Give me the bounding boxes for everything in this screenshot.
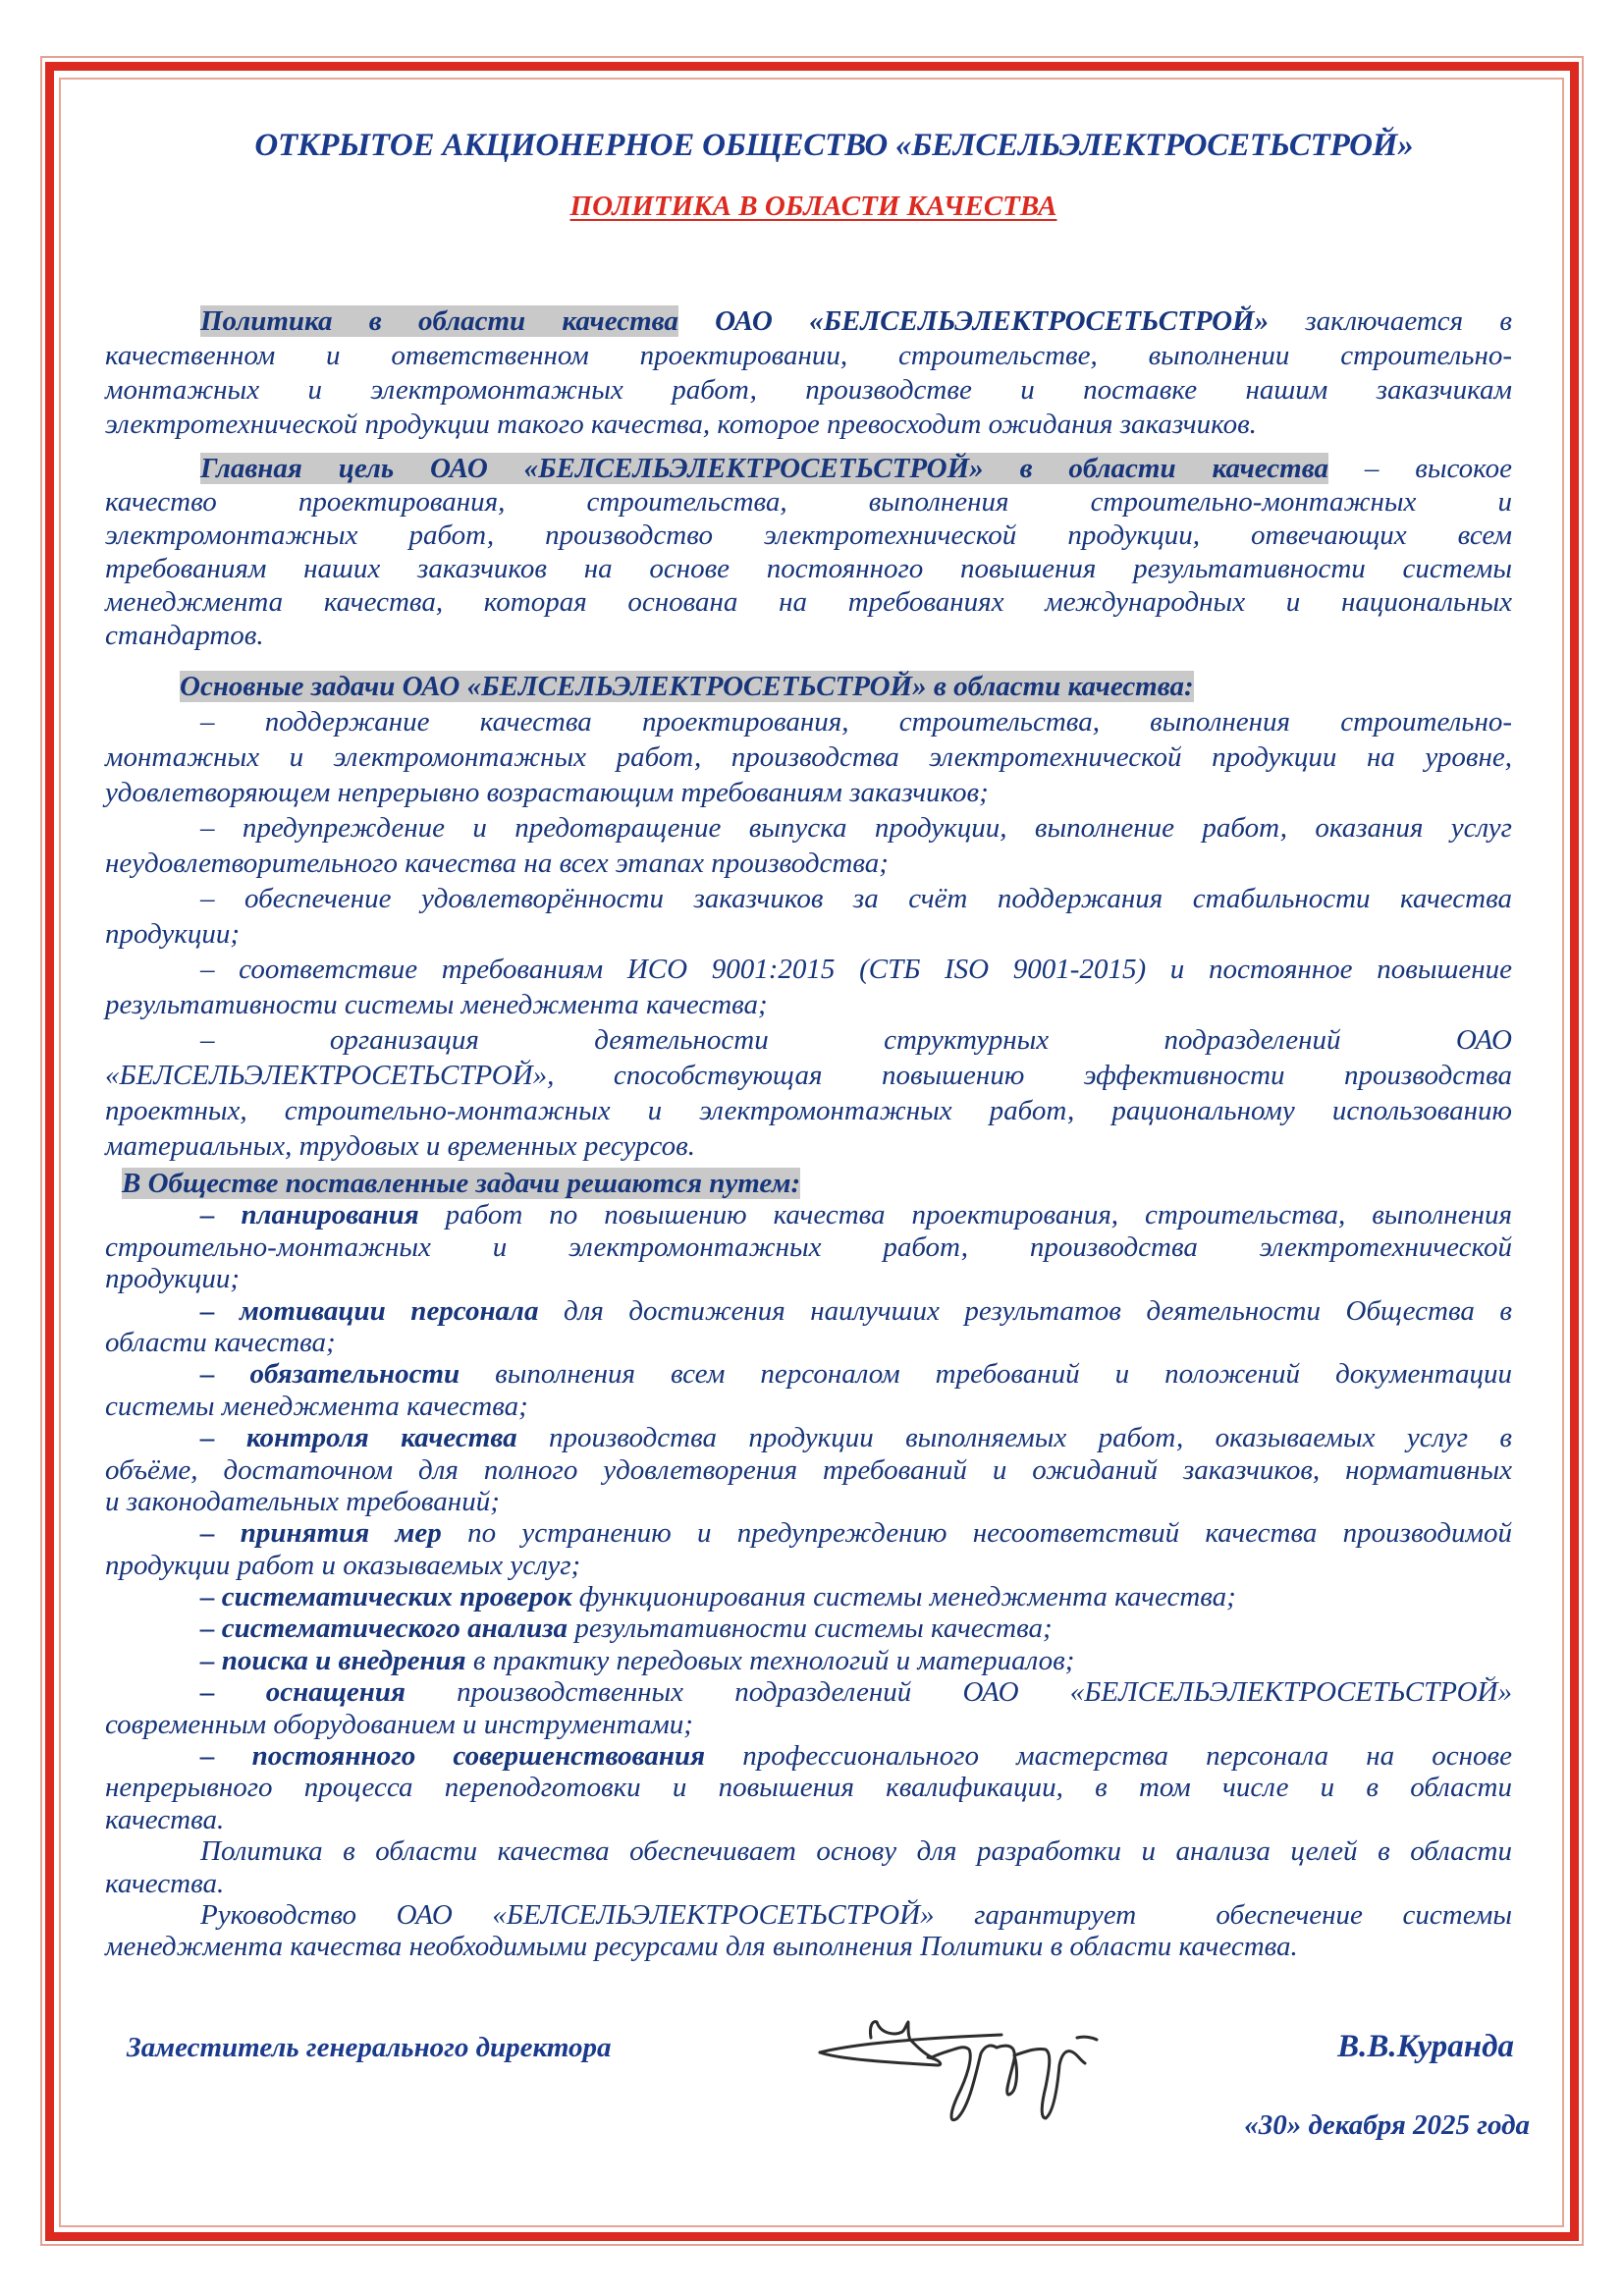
body-text: объёме, достаточном для полного удовлетв… [105, 1454, 1512, 1486]
body-text: Руководство ОАО «БЕЛСЕЛЬЭЛЕКТРОСЕТЬСТРОЙ… [200, 1899, 1512, 1931]
body-text: – поддержание качества проектирования, с… [200, 706, 1512, 738]
policy-heading-text: ПОЛИТИКА В ОБЛАСТИ КАЧЕСТВА [570, 191, 1057, 222]
body-text: качественном и ответственном проектирова… [105, 340, 1512, 371]
text-line: монтажных и электромонтажных работ, прои… [105, 739, 1512, 775]
text-line: и законодательных требований; [105, 1486, 1512, 1517]
bold-text: ОАО «БЕЛСЕЛЬЭЛЕКТРОСЕТЬСТРОЙ» [678, 305, 1269, 337]
body-text: продукции работ и оказываемых услуг; [105, 1550, 580, 1581]
text-line: В Обществе поставленные задачи решаются … [105, 1168, 1512, 1199]
text-line: Политика в области качества обеспечивает… [105, 1835, 1512, 1867]
text-line: – оснащения производственных подразделен… [105, 1676, 1512, 1708]
bold-text: – систематических проверок [200, 1581, 571, 1613]
body-text: проектных, строительно-монтажных и элект… [105, 1095, 1512, 1126]
text-line: качественном и ответственном проектирова… [105, 339, 1512, 373]
body-text: электромонтажных работ, производство эле… [105, 519, 1512, 551]
bold-text: – оснащения [200, 1676, 406, 1708]
body-text: выполнения всем персоналом требований и … [460, 1358, 1512, 1390]
body-text: системы менеджмента качества; [105, 1391, 528, 1422]
text-line: неудовлетворительного качества на всех э… [105, 846, 1512, 881]
body-text: материальных, трудовых и временных ресур… [105, 1130, 695, 1162]
text-line: – принятия мер по устранению и предупреж… [105, 1517, 1512, 1549]
text-line: – планирования работ по повышению качест… [105, 1199, 1512, 1230]
body-text: производственных подразделений ОАО «БЕЛС… [406, 1676, 1512, 1708]
body-text: – организация деятельности структурных п… [200, 1024, 1512, 1056]
body-text: удовлетворяющем непрерывно возрастающим … [105, 777, 989, 808]
bold-text: – мотивации персонала [200, 1295, 538, 1327]
body-text: заключается в [1269, 305, 1512, 337]
text-line: результативности системы менеджмента кач… [105, 987, 1512, 1022]
highlighted-heading: Основные задачи ОАО «БЕЛСЕЛЬЭЛЕКТРОСЕТЬС… [180, 671, 1194, 702]
organization-title: ОТКРЫТОЕ АКЦИОНЕРНОЕ ОБЩЕСТВО «БЕЛСЕЛЬЭЛ… [59, 124, 1564, 167]
section-main-tasks: Основные задачи ОАО «БЕЛСЕЛЬЭЛЕКТРОСЕТЬС… [105, 669, 1512, 1164]
body-text: качества. [105, 1868, 224, 1899]
section-policy-statement: Политика в области качества ОАО «БЕЛСЕЛЬ… [105, 304, 1512, 442]
body-text: качества. [105, 1804, 224, 1835]
text-line: требованиям наших заказчиков на основе п… [105, 552, 1512, 585]
text-line: качество проектирования, строительства, … [105, 485, 1512, 519]
text-line: – обязательности выполнения всем персона… [105, 1358, 1512, 1390]
text-line: монтажных и электромонтажных работ, прои… [105, 373, 1512, 408]
body-text: неудовлетворительного качества на всех э… [105, 847, 889, 879]
text-line: Политика в области качества ОАО «БЕЛСЕЛЬ… [105, 304, 1512, 339]
body-text: современным оборудованием и инструментам… [105, 1709, 693, 1740]
text-line: удовлетворяющем непрерывно возрастающим … [105, 775, 1512, 810]
body-text: требованиям наших заказчиков на основе п… [105, 553, 1512, 584]
highlighted-heading: В Обществе поставленные задачи решаются … [122, 1168, 800, 1199]
body-text: работ по повышению качества проектирован… [419, 1199, 1512, 1230]
body-text: области качества; [105, 1327, 336, 1358]
text-line: современным оборудованием и инструментам… [105, 1709, 1512, 1740]
body-text: стандартов. [105, 620, 264, 651]
body-text: монтажных и электромонтажных работ, прои… [105, 741, 1512, 773]
text-line: проектных, строительно-монтажных и элект… [105, 1093, 1512, 1128]
document-date: «30» декабря 2025 года [1244, 2106, 1530, 2144]
text-line: – мотивации персонала для достижения наи… [105, 1295, 1512, 1327]
body-text: результативности системы качества; [568, 1613, 1053, 1644]
text-line: – организация деятельности структурных п… [105, 1022, 1512, 1058]
text-line: – систематического анализа результативно… [105, 1613, 1512, 1644]
signer-name: В.В.Куранда [1337, 2026, 1514, 2067]
bold-text: – планирования [200, 1199, 419, 1230]
text-line: – поддержание качества проектирования, с… [105, 704, 1512, 739]
text-line: – предупреждение и предотвращение выпуск… [105, 810, 1512, 846]
policy-heading: ПОЛИТИКА В ОБЛАСТИ КАЧЕСТВА [59, 187, 1564, 226]
text-line: менеджмента качества необходимыми ресурс… [105, 1931, 1512, 1962]
body-text: и законодательных требований; [105, 1486, 500, 1517]
text-line: продукции работ и оказываемых услуг; [105, 1550, 1512, 1581]
body-text: менеджмента качества необходимыми ресурс… [105, 1931, 1298, 1962]
body-text: менеджмента качества, которая основана н… [105, 586, 1512, 618]
text-line: строительно-монтажных и электромонтажных… [105, 1231, 1512, 1263]
body-text: по устранению и предупреждению несоответ… [442, 1517, 1512, 1549]
text-line: стандартов. [105, 619, 1512, 652]
text-line: продукции; [105, 1263, 1512, 1294]
bold-text: – контроля качества [200, 1422, 517, 1453]
body-text: – соответствие требованиям ИСО 9001:2015… [200, 954, 1512, 985]
text-line: – систематических проверок функционирова… [105, 1581, 1512, 1613]
body-text: продукции; [105, 1263, 240, 1294]
body-text: для достижения наилучших результатов дея… [538, 1295, 1512, 1327]
text-line: – постоянного совершенствования професси… [105, 1740, 1512, 1772]
text-line: «БЕЛСЕЛЬЭЛЕКТРОСЕТЬСТРОЙ», способствующа… [105, 1058, 1512, 1093]
body-text: в практику передовых технологий и матери… [466, 1645, 1075, 1676]
text-line: системы менеджмента качества; [105, 1391, 1512, 1422]
text-line: Руководство ОАО «БЕЛСЕЛЬЭЛЕКТРОСЕТЬСТРОЙ… [105, 1899, 1512, 1931]
text-line: – поиска и внедрения в практику передовы… [105, 1645, 1512, 1676]
section-main-goal: Главная цель ОАО «БЕЛСЕЛЬЭЛЕКТРОСЕТЬСТРО… [105, 452, 1512, 652]
text-line: электромонтажных работ, производство эле… [105, 519, 1512, 552]
body-text: – высокое [1328, 453, 1512, 484]
body-text: качество проектирования, строительства, … [105, 486, 1512, 518]
body-text: производства продукции выполняемых работ… [517, 1422, 1512, 1453]
body-text: электротехнической продукции такого каче… [105, 409, 1257, 440]
text-line: объёме, достаточном для полного удовлетв… [105, 1454, 1512, 1486]
text-line: продукции; [105, 916, 1512, 952]
bold-text: – принятия мер [200, 1517, 442, 1549]
text-line: – соответствие требованиям ИСО 9001:2015… [105, 952, 1512, 987]
signature-icon [800, 2008, 1114, 2141]
text-line: Основные задачи ОАО «БЕЛСЕЛЬЭЛЕКТРОСЕТЬС… [105, 669, 1512, 704]
body-text: Политика в области качества обеспечивает… [200, 1835, 1512, 1867]
bold-text: – обязательности [200, 1358, 460, 1390]
text-line: качества. [105, 1868, 1512, 1899]
body-text: профессионального мастерства персонала н… [705, 1740, 1512, 1772]
text-line: менеджмента качества, которая основана н… [105, 585, 1512, 619]
text-line: материальных, трудовых и временных ресур… [105, 1128, 1512, 1164]
signer-role: Заместитель генерального директора [127, 2029, 612, 2066]
bold-text: – систематического анализа [200, 1613, 568, 1644]
text-line: непрерывного процесса переподготовки и п… [105, 1772, 1512, 1803]
text-line: качества. [105, 1804, 1512, 1835]
text-line: электротехнической продукции такого каче… [105, 408, 1512, 442]
body-text: функционирования системы менеджмента кач… [571, 1581, 1235, 1613]
text-line: области качества; [105, 1327, 1512, 1358]
body-text: «БЕЛСЕЛЬЭЛЕКТРОСЕТЬСТРОЙ», способствующа… [105, 1060, 1512, 1091]
highlighted-heading: Политика в области качества [200, 305, 678, 337]
bold-text: – поиска и внедрения [200, 1645, 466, 1676]
highlighted-heading: Главная цель ОАО «БЕЛСЕЛЬЭЛЕКТРОСЕТЬСТРО… [200, 453, 1328, 484]
section-methods-and-closing: В Обществе поставленные задачи решаются … [105, 1168, 1512, 1963]
body-text: монтажных и электромонтажных работ, прои… [105, 374, 1512, 406]
body-text: строительно-монтажных и электромонтажных… [105, 1231, 1512, 1263]
body-text: продукции; [105, 918, 240, 950]
text-line: – контроля качества производства продукц… [105, 1422, 1512, 1453]
body-text: – обеспечение удовлетворённости заказчик… [200, 883, 1512, 914]
bold-text: – постоянного совершенствования [200, 1740, 705, 1772]
body-text: – предупреждение и предотвращение выпуск… [200, 812, 1512, 844]
body-text: результативности системы менеджмента кач… [105, 989, 768, 1020]
text-line: Главная цель ОАО «БЕЛСЕЛЬЭЛЕКТРОСЕТЬСТРО… [105, 452, 1512, 485]
text-line: – обеспечение удовлетворённости заказчик… [105, 881, 1512, 916]
body-text: непрерывного процесса переподготовки и п… [105, 1772, 1512, 1803]
